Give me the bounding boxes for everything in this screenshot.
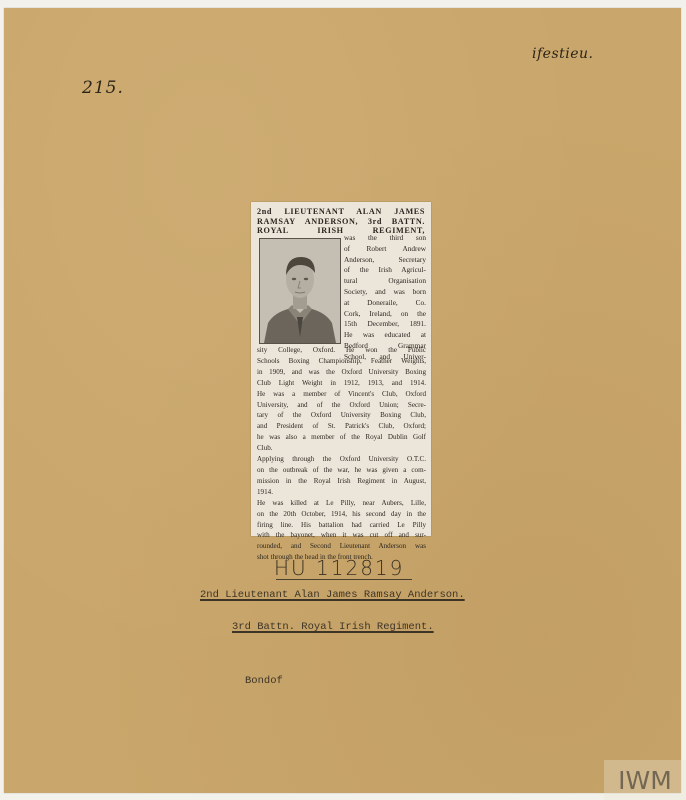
typed-name: 2nd Lieutenant Alan James Ramsay Anderso… bbox=[200, 589, 465, 601]
archive-card: 215. ifestieu. 2nd LIEUTENANT ALAN JAMES… bbox=[4, 8, 681, 793]
clipping-body-line: Club Light Weight in 1912, 1913, and 191… bbox=[257, 378, 426, 389]
clipping-side-text: was the third son of Robert Andrew Ander… bbox=[344, 233, 426, 363]
clipping-body-line: University, and of the Oxford Union; Sec… bbox=[257, 400, 426, 411]
clipping-body-line: 1914. bbox=[257, 487, 426, 498]
reference-underline bbox=[276, 579, 412, 580]
clipping-body-line: He was killed at Le Pilly, near Aubers, … bbox=[257, 498, 426, 509]
clipping-body-line: sity College, Oxford. He won the Public bbox=[257, 345, 426, 356]
clipping-body-line: mission in the Royal Irish Regiment in A… bbox=[257, 476, 426, 487]
handwritten-note: ifestieu. bbox=[532, 46, 593, 62]
clipping-body-line: firing line. His battalion had carried L… bbox=[257, 520, 426, 531]
clipping-body-line: Applying through the Oxford University O… bbox=[257, 454, 426, 465]
clipping-body-line: on the outbreak of the war, he was given… bbox=[257, 465, 426, 476]
clipping-body-line: he was also a member of the Royal Dublin… bbox=[257, 432, 426, 443]
clipping-body-line: He was a member of Vincent's Club, Oxfor… bbox=[257, 389, 426, 400]
portrait-image bbox=[260, 239, 340, 343]
clipping-body-line: tary of the Oxford University Boxing Clu… bbox=[257, 410, 426, 421]
newspaper-clipping: 2nd LIEUTENANT ALAN JAMES RAMSAY ANDERSO… bbox=[251, 202, 431, 536]
clipping-body-line: with the bayonet, when it was cut off an… bbox=[257, 530, 426, 541]
clipping-body-line: Schools Boxing Championship, Feather Wei… bbox=[257, 356, 426, 367]
typed-note: Bondof bbox=[245, 675, 283, 687]
clipping-body-line: and President of St. Patrick's Club, Oxf… bbox=[257, 421, 426, 432]
clipping-heading: 2nd LIEUTENANT ALAN JAMES RAMSAY ANDERSO… bbox=[257, 207, 425, 236]
clipping-body-text: sity College, Oxford. He won the PublicS… bbox=[257, 345, 426, 563]
portrait-photo bbox=[259, 238, 341, 344]
handwritten-page-number: 215. bbox=[82, 78, 124, 98]
clipping-body-line: Club. bbox=[257, 443, 426, 454]
typed-unit: 3rd Battn. Royal Irish Regiment. bbox=[232, 621, 434, 633]
clipping-body-line: on the 20th October, 1914, his second da… bbox=[257, 509, 426, 520]
clipping-body-line: rounded, and Second Lieutenant Anderson … bbox=[257, 541, 426, 552]
reference-number: HU 112819 bbox=[274, 556, 404, 580]
clipping-body-line: in 1909, and was the Oxford University B… bbox=[257, 367, 426, 378]
iwm-watermark: IWM bbox=[604, 760, 686, 800]
